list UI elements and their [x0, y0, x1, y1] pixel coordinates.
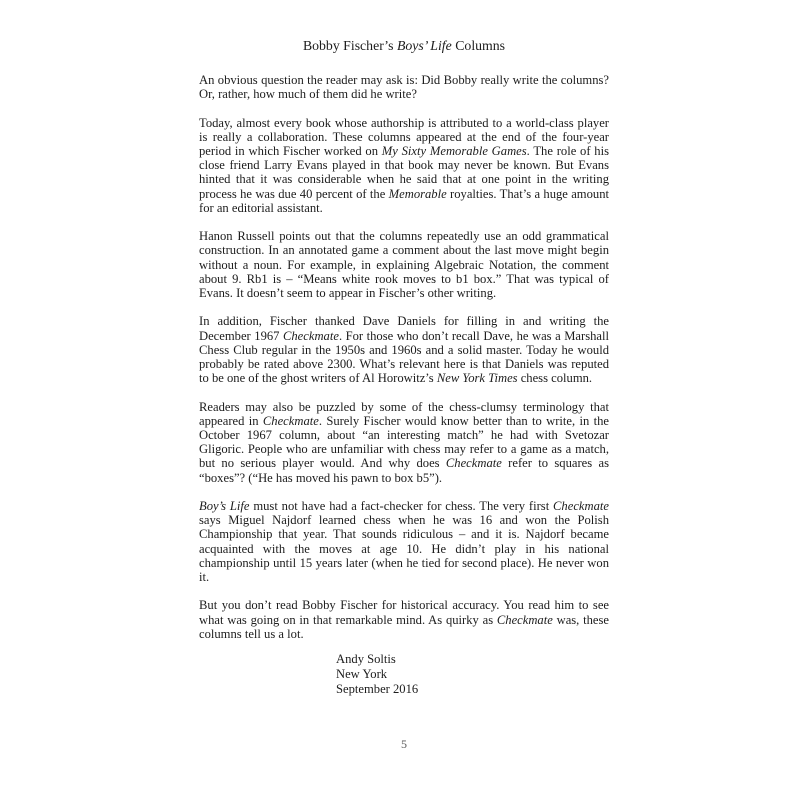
- paragraph-fact-checker: Boy’s Life must not have had a fact-chec…: [199, 499, 609, 584]
- page-title: Bobby Fischer’s Boys’ Life Columns: [199, 38, 609, 54]
- paragraph-collaboration: Today, almost every book whose authorshi…: [199, 116, 609, 215]
- paragraph-grammatical-construction: Hanon Russell points out that the column…: [199, 229, 609, 300]
- signature-date: September 2016: [336, 682, 418, 697]
- paragraph-clumsy-terminology: Readers may also be puzzled by some of t…: [199, 400, 609, 485]
- signature-city: New York: [336, 667, 418, 682]
- book-page: Bobby Fischer’s Boys’ Life Columns An ob…: [0, 0, 800, 800]
- signature-author: Andy Soltis: [336, 652, 418, 667]
- paragraph-authorship-question: An obvious question the reader may ask i…: [199, 73, 609, 101]
- paragraph-conclusion: But you don’t read Bobby Fischer for his…: [199, 598, 609, 641]
- signature-block: Andy Soltis New York September 2016: [336, 652, 418, 696]
- paragraph-dave-daniels: In addition, Fischer thanked Dave Daniel…: [199, 314, 609, 385]
- page-number: 5: [199, 737, 609, 752]
- body-text: An obvious question the reader may ask i…: [199, 73, 609, 641]
